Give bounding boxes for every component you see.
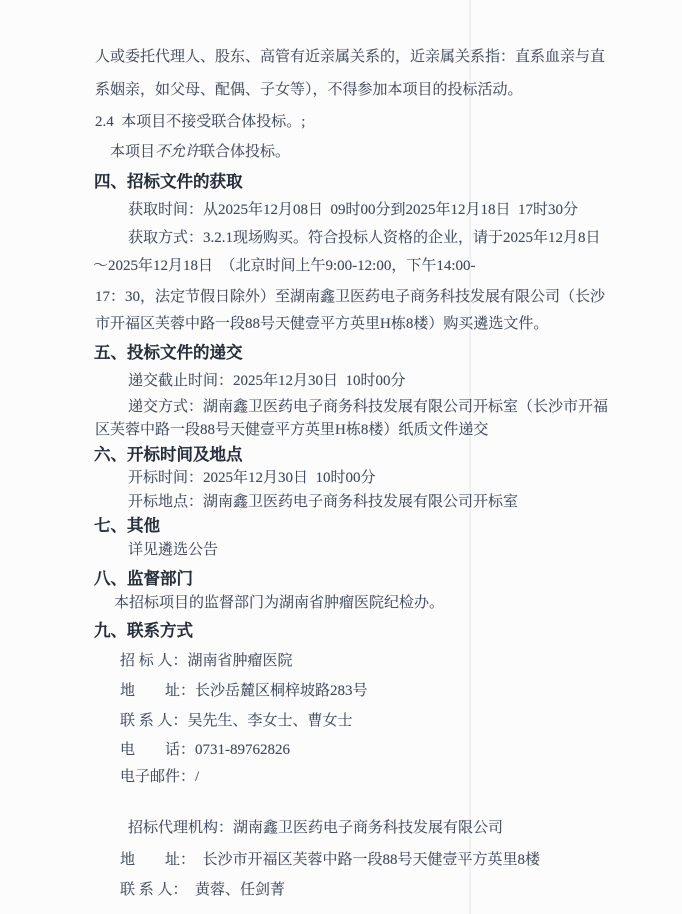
tenderer-value: 湖南省肿瘤医院 — [188, 653, 293, 669]
s5-line-3: 区芙蓉中路一段88号天健壹平方英里H栋8楼）纸质文件递交 — [95, 420, 488, 440]
address-label: 地 址： — [120, 683, 195, 699]
s5-line-1: 递交截止时间：2025年12月30日 10时00分 — [128, 371, 406, 391]
section-5-heading: 五、投标文件的递交 — [94, 342, 243, 363]
s4-line-4: 17：30，法定节假日除外）至湖南鑫卫医药电子商务科技发展有限公司（长沙 — [95, 287, 605, 307]
document-page: 人或委托代理人、股东、高管有近亲属关系的，近亲属关系指：直系血亲与直 系姻亲，如… — [0, 0, 682, 914]
phone-value: 0731-89762826 — [195, 742, 290, 758]
s4-line-2: 获取方式：3.2.1现场购买。符合投标人资格的企业，请于2025年12月8日 — [128, 228, 601, 248]
email-value: / — [195, 769, 199, 785]
agency-persons-label: 联 系 人： — [120, 882, 195, 898]
scan-artifact-line — [469, 0, 471, 914]
joint-note-emphasis: 不允许 — [155, 144, 200, 160]
agency-row-address: 地 址： 长沙市开福区芙蓉中路一段88号天健壹平方英里8楼 — [120, 850, 540, 870]
clause-2-4: 2.4 本项目不接受联合体投标。; — [95, 112, 305, 132]
contact-row-address: 地 址：长沙岳麓区桐梓坡路283号 — [120, 681, 368, 701]
email-label: 电子邮件： — [120, 769, 195, 785]
s6-line-1: 开标时间：2025年12月30日 10时00分 — [128, 468, 376, 488]
joint-note-prefix: 本项目 — [110, 144, 155, 160]
section-6-heading: 六、开标时间及地点 — [94, 444, 243, 465]
s7-line-1: 详见遴选公告 — [128, 540, 218, 560]
intro-line-2: 系姻亲，如父母、配偶、子女等），不得参加本项目的投标活动。 — [95, 80, 523, 100]
intro-line-1: 人或委托代理人、股东、高管有近亲属关系的，近亲属关系指：直系血亲与直 — [95, 47, 605, 67]
section-7-heading: 七、其他 — [94, 515, 160, 536]
section-9-heading: 九、联系方式 — [94, 620, 193, 641]
tenderer-label: 招 标 人： — [120, 653, 188, 669]
agency-row-persons: 联 系 人： 黄蓉、任剑菁 — [120, 880, 285, 900]
persons-value: 吴先生、李女士、曹女士 — [188, 713, 353, 729]
s4-line-1: 获取时间：从2025年12月08日 09时00分到2025年12月18日 17时… — [128, 200, 578, 220]
section-4-heading: 四、招标文件的获取 — [94, 171, 243, 192]
agency-address-label: 地 址： — [120, 852, 203, 868]
agency-persons-value: 黄蓉、任剑菁 — [195, 882, 285, 898]
joint-note-suffix: 联合体投标。 — [200, 144, 290, 160]
contact-row-tenderer: 招 标 人：湖南省肿瘤医院 — [120, 651, 293, 671]
section-8-heading: 八、监督部门 — [94, 568, 193, 589]
contact-row-persons: 联 系 人：吴先生、李女士、曹女士 — [120, 711, 353, 731]
agency-address-value: 长沙市开福区芙蓉中路一段88号天健壹平方英里8楼 — [203, 852, 541, 868]
s4-line-5: 市开福区芙蓉中路一段88号天健壹平方英里H栋8楼）购买遴选文件。 — [95, 314, 548, 334]
s8-line-1: 本招标项目的监督部门为湖南省肿瘤医院纪检办。 — [114, 593, 444, 613]
s5-line-2: 递交方式：湖南鑫卫医药电子商务科技发展有限公司开标室（长沙市开福 — [128, 397, 608, 417]
phone-label: 电 话： — [120, 742, 195, 758]
agency-row-name: 招标代理机构：湖南鑫卫医药电子商务科技发展有限公司 — [128, 818, 503, 838]
agency-value: 湖南鑫卫医药电子商务科技发展有限公司 — [233, 820, 503, 836]
persons-label: 联 系 人： — [120, 713, 188, 729]
address-value: 长沙岳麓区桐梓坡路283号 — [195, 683, 368, 699]
joint-bid-note: 本项目不允许联合体投标。 — [110, 142, 290, 162]
agency-label: 招标代理机构： — [128, 820, 233, 836]
contact-row-email: 电子邮件：/ — [120, 767, 199, 787]
s6-line-2: 开标地点：湖南鑫卫医药电子商务科技发展有限公司开标室 — [128, 492, 518, 512]
contact-row-phone: 电 话：0731-89762826 — [120, 740, 290, 760]
s4-line-3: ～2025年12月18日 （北京时间上午9:00-12:00，下午14:00- — [93, 256, 476, 276]
